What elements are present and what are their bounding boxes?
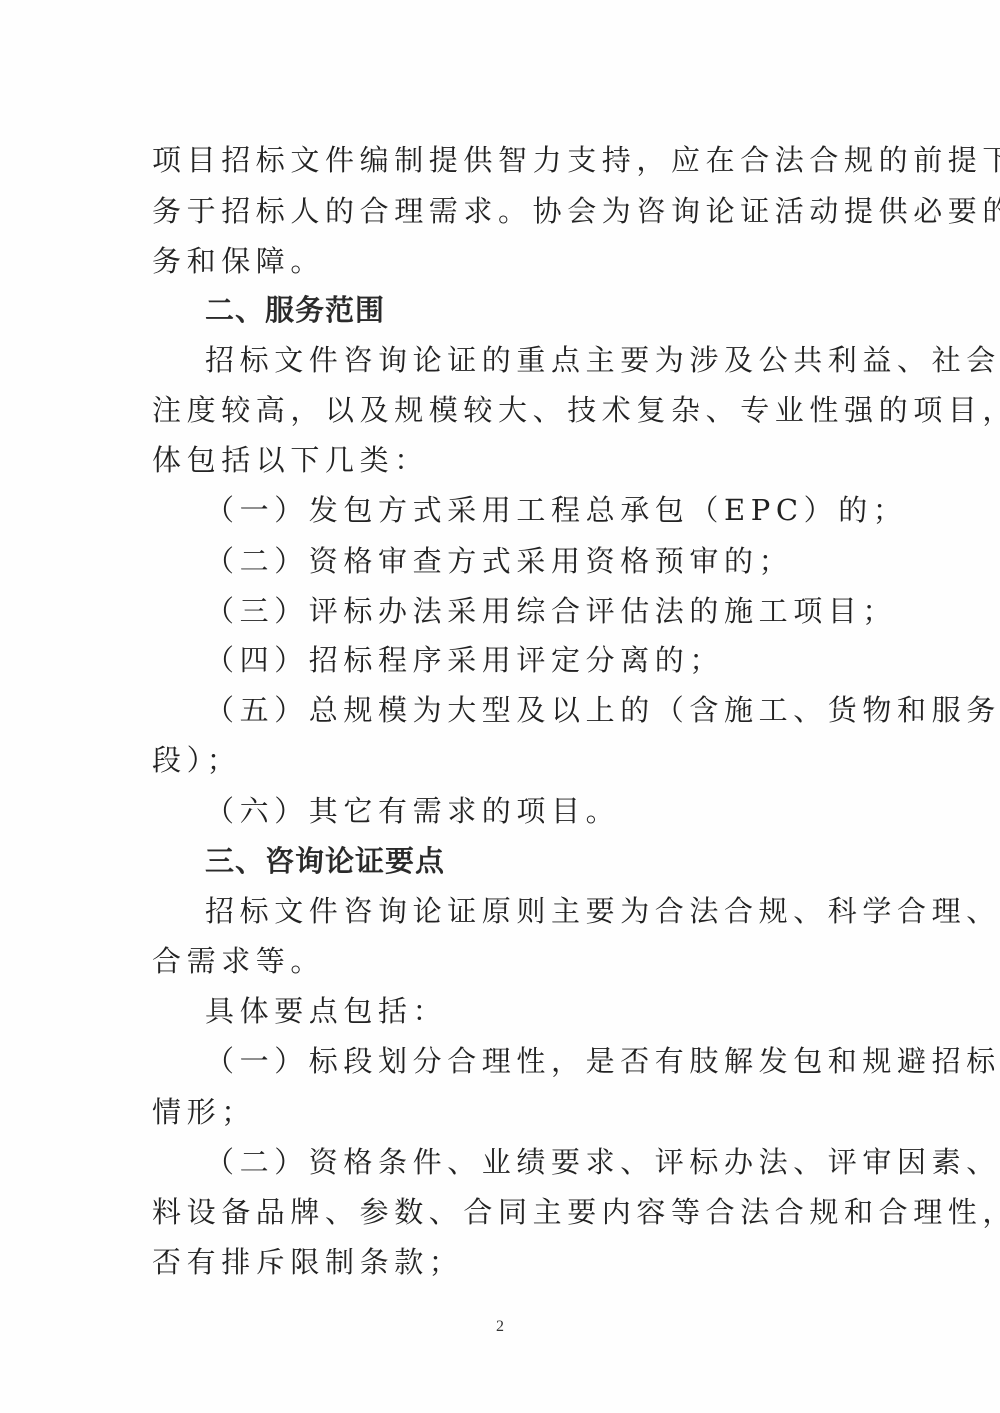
body-text-line: 否有排斥限制条款； bbox=[152, 1237, 852, 1287]
body-text-line: 段）； bbox=[152, 735, 852, 785]
list-item: （五）总规模为大型及以上的（含施工、货物和服务标 bbox=[205, 685, 905, 735]
list-item: （三）评标办法采用综合评估法的施工项目； bbox=[205, 586, 905, 636]
body-text-line: 务和保障。 bbox=[152, 236, 852, 286]
body-text-line: 务于招标人的合理需求。协会为咨询论证活动提供必要的服 bbox=[152, 186, 852, 236]
list-item: （二）资格条件、业绩要求、评标办法、评审因素、材 bbox=[205, 1137, 905, 1187]
page-number: 2 bbox=[490, 1318, 510, 1336]
body-text-line: 注度较高，以及规模较大、技术复杂、专业性强的项目，具 bbox=[152, 385, 852, 435]
document-page: 项目招标文件编制提供智力支持，应在合法合规的前提下服 务于招标人的合理需求。协会… bbox=[0, 0, 1000, 1413]
body-text-line: 招标文件咨询论证的重点主要为涉及公共利益、社会关 bbox=[205, 335, 905, 385]
body-text-line: 项目招标文件编制提供智力支持，应在合法合规的前提下服 bbox=[152, 135, 852, 185]
body-text-line: 体包括以下几类： bbox=[152, 435, 852, 485]
body-text-line: 料设备品牌、参数、合同主要内容等合法合规和合理性，是 bbox=[152, 1187, 852, 1237]
list-item: （六）其它有需求的项目。 bbox=[205, 786, 905, 836]
body-text-line: 合需求等。 bbox=[152, 936, 852, 986]
list-item: （一）发包方式采用工程总承包（EPC）的； bbox=[205, 485, 905, 535]
body-text-line: 招标文件咨询论证原则主要为合法合规、科学合理、符 bbox=[205, 886, 905, 936]
body-text-line: 具体要点包括： bbox=[205, 986, 905, 1036]
list-item: （二）资格审查方式采用资格预审的； bbox=[205, 536, 905, 586]
list-item: （一）标段划分合理性，是否有肢解发包和规避招标的 bbox=[205, 1036, 905, 1086]
section-heading-consultation-points: 三、咨询论证要点 bbox=[205, 836, 905, 886]
body-text-line: 情形； bbox=[152, 1087, 852, 1137]
section-heading-service-scope: 二、服务范围 bbox=[205, 285, 905, 335]
list-item: （四）招标程序采用评定分离的； bbox=[205, 635, 905, 685]
